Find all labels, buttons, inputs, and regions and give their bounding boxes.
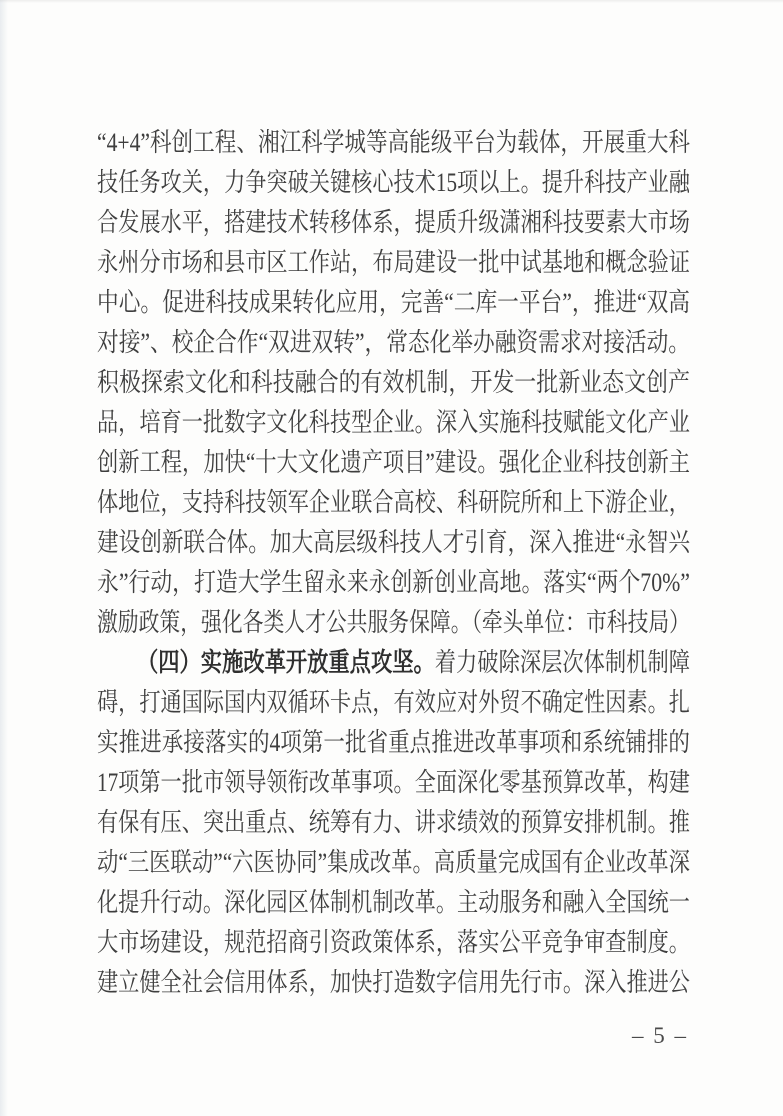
body-line-20: 化提升行动。深化园区体制机制改革。主动服务和融入全国统一	[97, 888, 690, 917]
body-line-11: 建设创新联合体。加大高层级科技人才引育，深入推进“永智兴	[97, 528, 691, 557]
body-line-21: 大市场建设，规范招商引资政策体系，落实公平竞争审查制度。	[97, 928, 690, 957]
page-number: – 5 –	[631, 1023, 688, 1048]
body-line-3: 合发展水平，搭建技术转移体系，提质升级潇湘科技要素大市场	[97, 208, 690, 237]
body-line-22: 建立健全社会信用体系，加快打造数字信用先行市。深入推进公	[97, 968, 690, 997]
body-line-2: 技任务攻关，力争突破关键核心技术15项以上。提升科技产业融	[97, 168, 691, 197]
body-line-13: 激励政策，强化各类人才公共服务保障。（牵头单位：市科技局）	[97, 608, 690, 637]
paragraph-four-heading: （四）实施改革开放重点攻坚。	[137, 647, 435, 677]
body-line-6: 对接”、校企合作“双进双转”，常态化举办融资需求对接活动。	[97, 328, 690, 357]
document-text-layer: “4+4”科创工程、湘江科学城等高能级平台为载体，开展重大科 技任务攻关，力争突…	[0, 0, 783, 1116]
body-line-10: 体地位，支持科技领军企业联合高校、科研院所和上下游企业，	[97, 488, 690, 517]
body-line-19: 动“三医联动”“六医协同”集成改革。高质量完成国有企业改革深	[97, 848, 690, 877]
body-line-5: 中心。促进科技成果转化应用，完善“二库一平台”，推进“双高	[97, 288, 690, 317]
body-line-14: （四）实施改革开放重点攻坚。着力破除深层次体制机制障	[137, 647, 690, 677]
body-line-7: 积极探索文化和科技融合的有效机制，开发一批新业态文创产	[97, 368, 690, 397]
body-line-8: 品，培育一批数字文化科技型企业。深入实施科技赋能文化产业	[97, 408, 690, 437]
body-line-17: 17项第一批市领导领衔改革事项。全面深化零基预算改革，构建	[97, 768, 690, 797]
body-line-18: 有保有压、突出重点、统筹有力、讲求绩效的预算安排机制。推	[97, 808, 690, 837]
paragraph-four-first-line-rest: 着力破除深层次体制机制障	[435, 648, 690, 677]
body-line-9: 创新工程，加快“十大文化遗产项目”建设。强化企业科技创新主	[97, 448, 690, 477]
body-line-12: 永”行动，打造大学生留永来永创新创业高地。落实“两个70%”	[97, 568, 690, 597]
document-page: “4+4”科创工程、湘江科学城等高能级平台为载体，开展重大科 技任务攻关，力争突…	[0, 0, 783, 1116]
body-line-1: “4+4”科创工程、湘江科学城等高能级平台为载体，开展重大科	[97, 128, 690, 157]
body-line-15: 碍，打通国际国内双循环卡点，有效应对外贸不确定性因素。扎	[97, 688, 690, 717]
body-line-16: 实推进承接落实的4项第一批省重点推进改革事项和系统铺排的	[97, 728, 690, 757]
body-line-4: 永州分市场和县市区工作站，布局建设一批中试基地和概念验证	[97, 248, 690, 277]
